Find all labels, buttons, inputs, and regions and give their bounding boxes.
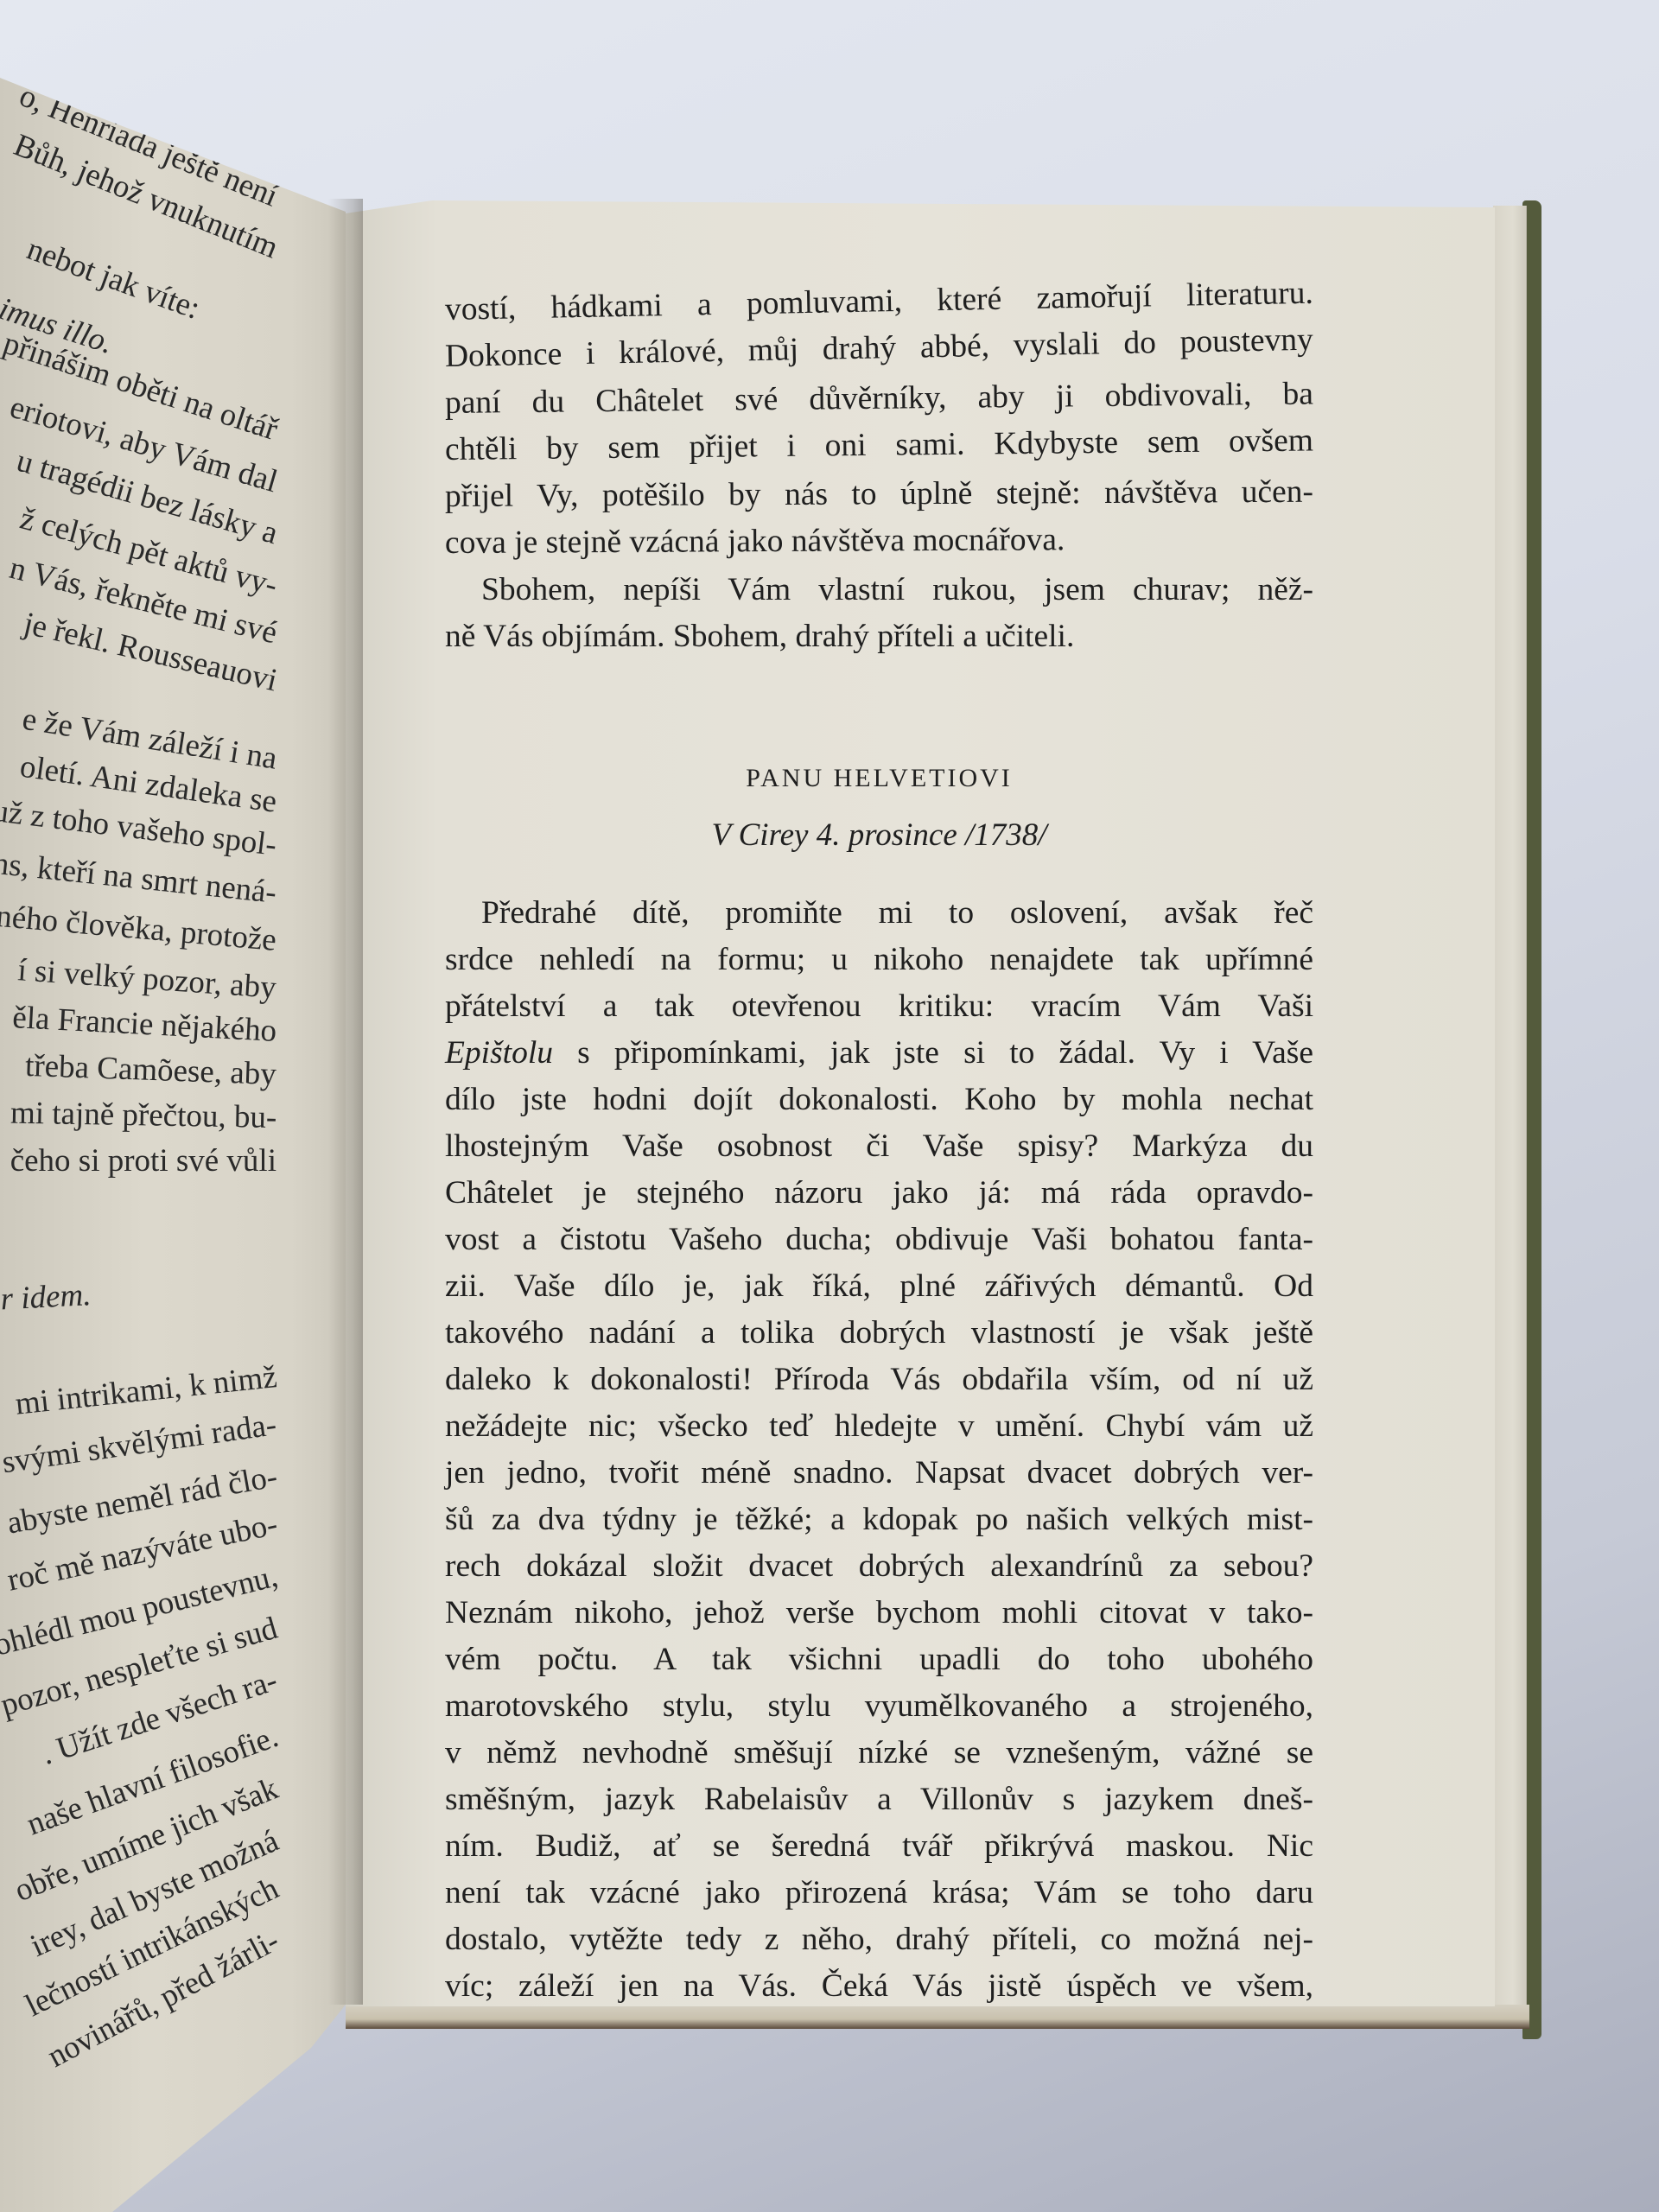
text-line: víc; záleží jen na Vás. Čeká Vás jistě ú… xyxy=(445,1963,1313,2010)
left-page: dy filosofie Newtonovyo, Henriada ještě … xyxy=(0,0,363,2212)
text-line: ním. Budiž, ať se šeredná tvář přikrývá … xyxy=(445,1823,1313,1870)
left-page-line: ěla Francie nějakého xyxy=(11,1001,277,1047)
text-line: přátelství a tak otevřenou kritiku: vrac… xyxy=(445,983,1313,1030)
text-line: nežádejte nic; všecko teď hledejte v umě… xyxy=(445,1403,1313,1450)
text-line: dílo jste hodni dojít dokonalosti. Koho … xyxy=(445,1077,1313,1123)
right-page-text: vostí, hádkami a pomluvami, které zamořu… xyxy=(445,287,1313,2074)
letter-body: Předrahé dítě, promiňte mi to oslovení, … xyxy=(445,890,1313,2010)
letter-dateline: V Cirey 4. prosince /1738/ xyxy=(445,812,1313,859)
text-line: směšným, jazyk Rabelaisův a Villonův s j… xyxy=(445,1777,1313,1823)
text-line: Sbohem, nepíši Vám vlastní rukou, jsem c… xyxy=(445,567,1313,613)
left-page-line: ur idem. xyxy=(0,1279,92,1316)
text-line: vém počtu. A tak všichni upadli do toho … xyxy=(445,1637,1313,1683)
text-line: marotovského stylu, stylu vyumělkovaného… xyxy=(445,1683,1313,1730)
text-line: přijel Vy, potěšilo by nás to úplně stej… xyxy=(445,469,1313,520)
page-number: 191 xyxy=(445,2027,1313,2074)
italic-title: Epištolu xyxy=(445,1035,553,1071)
left-page-line: třeba Camõese, aby xyxy=(25,1050,277,1090)
left-page-line: mi tajně přečtou, bu- xyxy=(10,1097,276,1134)
closing-paragraph: Sbohem, nepíši Vám vlastní rukou, jsem c… xyxy=(445,567,1313,660)
text-line: vost a čistotu Vašeho ducha; obdivuje Va… xyxy=(445,1217,1313,1263)
text-line: dostalo, vytěžte tedy z něho, drahý přít… xyxy=(445,1916,1313,1963)
text-line: chtěli by sem přijet i oni sami. Kdybyst… xyxy=(445,417,1314,474)
gutter-shadow xyxy=(328,199,363,2005)
left-page-line: čeho si proti své vůli xyxy=(10,1145,276,1177)
page-stack-edge xyxy=(1493,206,1527,2029)
text-line: zii. Vaše dílo je, jak říká, plné zářivý… xyxy=(445,1263,1313,1310)
letter-heading: PANU HELVETIOVI xyxy=(445,755,1313,802)
left-page-line: dy filosofie Newtonovy xyxy=(0,1,283,151)
text-line: šů za dva týdny je těžké; a kdopak po na… xyxy=(445,1497,1313,1543)
text-line: v němž nevhodně směšují nízké se vznešen… xyxy=(445,1730,1313,1777)
continuation-paragraph: vostí, hádkami a pomluvami, které zamořu… xyxy=(445,287,1313,567)
text-line: Předrahé dítě, promiňte mi to oslovení, … xyxy=(445,890,1313,937)
text-line: Châtelet je stejného názoru jako já: má … xyxy=(445,1170,1313,1217)
text-line: cova je stejně vzácná jako návštěva mocn… xyxy=(445,516,1313,567)
text-line: rech dokázal složit dvacet dobrých alexa… xyxy=(445,1543,1313,1590)
text-line: daleko k dokonalosti! Příroda Vás obdaři… xyxy=(445,1357,1313,1403)
left-page-line: í si velký pozor, aby xyxy=(17,954,277,1004)
text-line: jen jedno, tvořit méně snadno. Napsat dv… xyxy=(445,1450,1313,1497)
right-page: vostí, hádkami a pomluvami, které zamořu… xyxy=(346,200,1495,2006)
text-line: Neznám nikoho, jehož verše bychom mohli … xyxy=(445,1590,1313,1637)
text-line: ně Vás objímám. Sbohem, drahý příteli a … xyxy=(445,613,1313,660)
text-line: srdce nehledí na formu; u nikoho nenajde… xyxy=(445,937,1313,983)
text-line: takového nadání a tolika dobrých vlastno… xyxy=(445,1310,1313,1357)
page-stack-bottom xyxy=(346,2005,1529,2029)
text-line: lhostejným Vaše osobnost či Vaše spisy? … xyxy=(445,1123,1313,1170)
text-line-with-italic: Epištolu s připomínkami, jak jste si to … xyxy=(445,1030,1313,1077)
text-line: není tak vzácné jako přirozená krása; Vá… xyxy=(445,1870,1313,1916)
left-page-line: ného člověka, protože xyxy=(0,900,278,957)
